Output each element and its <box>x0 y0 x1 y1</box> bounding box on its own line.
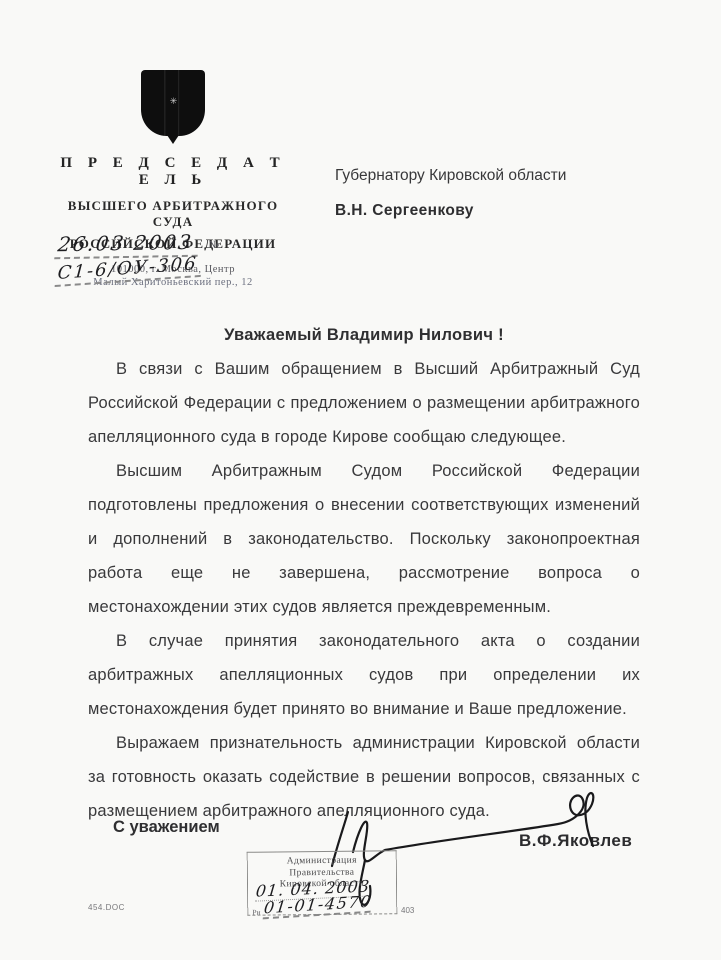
date-number-line: 26.03 2003№С1-6/ОУ-306 <box>56 231 336 283</box>
scanned-letter-page: ✳ П Р Е Д С Е Д А Т Е Л Ь ВЫСШЕГО АРБИТР… <box>0 0 721 960</box>
document-file-reference: 454.DOC <box>88 903 125 912</box>
paragraph-3: В случае принятия законодательного акта … <box>88 624 640 726</box>
paragraph-2: Высшим Арбитражным Судом Российской Феде… <box>88 454 640 624</box>
addressee-title: Губернатору Кировской области <box>335 167 665 185</box>
coat-of-arms-icon: ✳ <box>141 70 205 136</box>
salutation: Уважаемый Владимир Нилович ! <box>88 318 640 352</box>
page-number: 403 <box>401 906 414 915</box>
stamp-number-row: Рн 01-01-4570 <box>252 894 372 916</box>
letterhead-title: П Р Е Д С Е Д А Т Е Л Ь <box>48 155 298 189</box>
stamp-handwritten-number: 01-01-4570 <box>263 892 373 920</box>
emblem-highlight: ✳ <box>169 96 178 107</box>
addressee-name: В.Н. Сергеенкову <box>335 202 665 220</box>
registration-stamp: Администрация Правительства Кировской об… <box>247 850 398 916</box>
closing-phrase: С уважением <box>113 818 220 837</box>
paragraph-4: Выражаем признательность администрации К… <box>88 726 640 828</box>
paragraph-1: В связи с Вашим обращением в Высший Арби… <box>88 352 640 454</box>
letter-body: Уважаемый Владимир Нилович ! В связи с В… <box>88 318 640 828</box>
number-sign-label: № <box>209 239 220 251</box>
addressee-block: Губернатору Кировской области В.Н. Серге… <box>335 167 665 220</box>
letterhead-subtitle-1: ВЫСШЕГО АРБИТРАЖНОГО СУДА <box>48 198 298 230</box>
stamp-number-prefix: Рн <box>252 908 260 917</box>
signer-name: В.Ф.Яковлев <box>519 831 632 851</box>
